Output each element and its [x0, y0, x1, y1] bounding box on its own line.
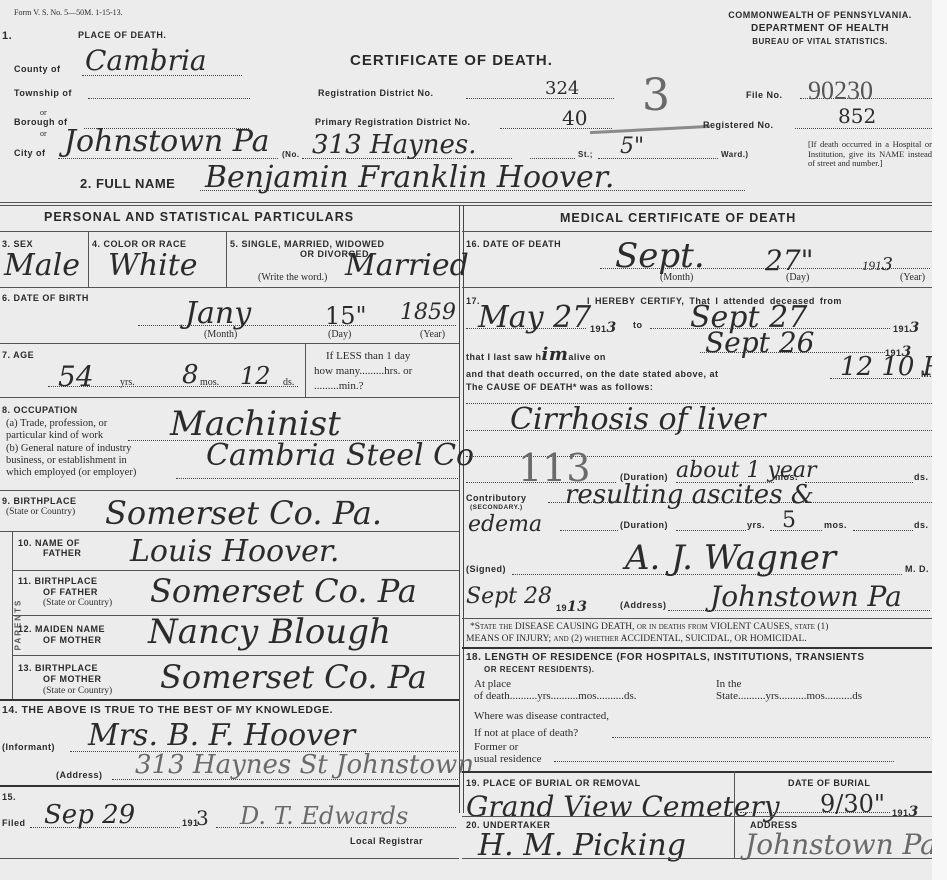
personal-heading: PERSONAL AND STATISTICAL PARTICULARS: [44, 210, 354, 224]
residence-at-place: At placeof death..........yrs..........m…: [474, 678, 637, 702]
file-no-label: File No.: [746, 90, 783, 100]
contracted-label-2: If not at place of death?: [474, 727, 578, 739]
hospital-note: [If death occurred in a Hospital or Inst…: [808, 140, 932, 169]
contributory-ds: ds.: [914, 520, 929, 530]
dod-year-caption: (Year): [900, 272, 925, 283]
birthplace-value: Somerset Co. Pa.: [105, 494, 382, 532]
death-certificate: Form V. S. No. 5—50M. 1-15-13. 1. PLACE …: [0, 0, 932, 880]
dob-month-caption: (Month): [204, 329, 237, 340]
signed-year: 1913: [556, 599, 588, 615]
scan-edge: [932, 0, 947, 880]
birthplace-label: 9. BIRTHPLACE: [2, 496, 77, 506]
last-saw-date: Sept 26: [705, 326, 814, 359]
informant-label: (Informant): [2, 742, 55, 752]
county-label: County of: [14, 64, 61, 74]
contributory-yrs: yrs.: [747, 520, 765, 530]
burial-place-value: Grand View Cemetery: [466, 790, 780, 823]
contributory-value-2: edema: [468, 512, 542, 537]
contributory-label: Contributory: [466, 493, 527, 503]
street-value: 313 Haynes.: [312, 130, 477, 160]
mother-birthplace-sub: (State or Country): [43, 686, 112, 696]
informant-value: Mrs. B. F. Hoover: [88, 718, 355, 753]
dob-year: 1859: [400, 300, 456, 325]
or-label: or: [40, 129, 47, 138]
time-text: and that death occurred, on the date sta…: [466, 369, 719, 379]
duration-ds: ds.: [914, 472, 929, 482]
age-months-caption: mos.: [200, 377, 219, 388]
contracted-label-1: Where was disease contracted,: [474, 710, 609, 722]
mother-birthplace-label: 13. BIRTHPLACEOF MOTHER: [18, 663, 102, 685]
former-residence-label: Former orusual residence: [474, 741, 542, 765]
dob-day: 15": [325, 302, 367, 330]
signed-date: Sept 28: [466, 584, 552, 609]
signed-label: (Signed): [466, 564, 506, 574]
burial-date-value: 9/30": [820, 790, 885, 818]
age-days: 12: [240, 362, 271, 390]
primary-district-value: 40: [562, 106, 587, 130]
or-label: or: [40, 108, 47, 117]
footnote-line-2: MEANS OF INJURY; and (2) whether ACCIDEN…: [466, 634, 807, 644]
filed-label: Filed: [2, 818, 26, 828]
certificate-title: CERTIFICATE OF DEATH.: [350, 52, 553, 69]
borough-label: Borough of: [14, 117, 68, 127]
signed-value: A. J. Wagner: [625, 538, 836, 578]
section-1-number: 1.: [2, 30, 12, 42]
street-no-label: (No.: [282, 150, 300, 159]
dod-label: 16. DATE OF DEATH: [466, 239, 561, 249]
to-label: to: [633, 320, 643, 330]
father-birthplace-value: Somerset Co. Pa: [150, 572, 417, 610]
mother-birthplace-value: Somerset Co. Pa: [160, 658, 427, 696]
full-name-label: 2. FULL NAME: [80, 176, 175, 191]
ward-value: 5": [620, 134, 644, 159]
form-id: Form V. S. No. 5—50M. 1-15-13.: [14, 8, 123, 17]
dob-label: 6. DATE OF BIRTH: [2, 293, 89, 303]
township-label: Township of: [14, 88, 72, 98]
to-year: 1913: [893, 320, 920, 336]
place-of-death-heading: PLACE OF DEATH.: [78, 30, 166, 40]
father-birthplace-sub: (State or Country): [43, 598, 112, 608]
registered-no-value: 852: [838, 104, 876, 128]
residence-label-2: OR RECENT RESIDENTS).: [484, 665, 595, 674]
file-no-value: 90230: [808, 76, 873, 106]
secondary-label: (SECONDARY.): [470, 504, 523, 511]
primary-district-label: Primary Registration District No.: [315, 117, 471, 127]
cause-heading: The CAUSE OF DEATH* was as follows:: [466, 382, 653, 392]
age-years: 54: [58, 360, 94, 393]
dod-year-prefix: 1913: [862, 254, 893, 275]
agency-line-1: COMMONWEALTH OF PENNSYLVANIA.: [700, 10, 940, 20]
informant-address-value: 313 Haynes St Johnstown: [135, 750, 474, 780]
residence-in-state: In theState..........yrs..........mos...…: [716, 678, 862, 702]
age-label: 7. AGE: [2, 350, 34, 360]
dod-month: Sept.: [615, 236, 705, 276]
registrar-label: Local Registrar: [350, 836, 423, 846]
informant-heading: 14. THE ABOVE IS TRUE TO THE BEST OF MY …: [2, 704, 333, 716]
age-months: 8: [182, 360, 199, 390]
mother-name-value: Nancy Blough: [148, 612, 391, 652]
registered-no-label: Registered No.: [703, 120, 774, 130]
contributory-duration-mos: 5: [782, 508, 796, 533]
full-name-value: Benjamin Franklin Hoover.: [205, 160, 614, 195]
dod-month-caption: (Month): [660, 272, 693, 283]
father-birthplace-label: 11. BIRTHPLACEOF FATHER: [18, 576, 98, 598]
filed-year-suffix: 3: [196, 806, 209, 830]
marital-hint: (Write the word.): [258, 272, 327, 283]
cause-value: Cirrhosis of liver: [510, 402, 765, 437]
registrar-value: D. T. Edwards: [240, 802, 408, 830]
father-name-value: Louis Hoover.: [130, 534, 339, 569]
footnote-line-1: *State the DISEASE CAUSING DEATH, or in …: [470, 622, 828, 632]
undertaker-address-value: Johnstown Pa: [745, 828, 937, 861]
sex-value: Male: [4, 248, 80, 283]
registration-district-value: 324: [545, 78, 579, 99]
agency-line-3: BUREAU OF VITAL STATISTICS.: [700, 37, 940, 46]
registration-district-label: Registration District No.: [318, 88, 434, 98]
physician-address-label: (Address): [620, 600, 667, 610]
marital-value: Married: [345, 248, 469, 283]
contributory-mos: mos.: [824, 520, 847, 530]
occupation-b-value: Cambria Steel Co: [206, 438, 474, 473]
residence-label-1: 18. LENGTH OF RESIDENCE (FOR HOSPITALS, …: [466, 652, 865, 663]
agency-line-2: DEPARTMENT OF HEALTH: [700, 23, 940, 34]
pencil-mark: [590, 125, 710, 134]
filed-date: Sep 29: [44, 800, 135, 830]
informant-address-label: (Address): [56, 770, 103, 780]
from-year: 1913: [590, 320, 617, 336]
color-value: White: [108, 248, 198, 283]
physician-address-value: Johnstown Pa: [710, 580, 902, 613]
burial-year: 1913: [892, 804, 919, 820]
occupation-a-label: (a) Trade, profession, orparticular kind…: [6, 418, 107, 442]
dob-day-caption: (Day): [328, 329, 351, 340]
less-day-line-3: .........min.?: [314, 380, 364, 392]
occupation-b-label: (b) General nature of industrybusiness, …: [6, 443, 136, 479]
county-value: Cambria: [85, 44, 207, 77]
contributory-duration-label: (Duration): [620, 520, 668, 530]
city-value: Johnstown Pa: [64, 124, 270, 159]
time-suffix: M.: [921, 369, 932, 379]
ward-label: Ward.): [721, 150, 749, 159]
city-label: City of: [14, 148, 46, 158]
burial-date-label: DATE OF BURIAL: [788, 778, 870, 788]
occupation-label: 8. OCCUPATION: [2, 405, 78, 415]
dob-month: Jany: [185, 296, 251, 331]
age-years-caption: yrs.: [120, 377, 135, 388]
section-15-number: 15.: [2, 792, 16, 802]
primary-district-annotation: 3: [642, 70, 670, 121]
age-days-caption: ds.: [283, 377, 294, 388]
contributory-value-1: resulting ascites &: [565, 480, 814, 510]
less-day-line-1: If LESS than 1 day: [326, 350, 410, 362]
dob-year-caption: (Year): [420, 329, 445, 340]
street-label: St.;: [578, 150, 593, 159]
father-name-label: 10. NAME OFFATHER: [18, 538, 81, 558]
attended-from: May 27: [478, 300, 591, 335]
last-saw-label: that I last saw himalive on: [466, 344, 606, 365]
birthplace-sub: (State or Country): [6, 507, 75, 517]
mother-name-label: 12. MAIDEN NAMEOF MOTHER: [18, 624, 105, 646]
md-label: M. D.: [905, 564, 929, 574]
less-day-line-2: how many.........hrs. or: [314, 365, 412, 377]
burial-place-label: 19. PLACE OF BURIAL OR REMOVAL: [466, 778, 641, 788]
medical-heading: MEDICAL CERTIFICATE OF DEATH: [560, 211, 796, 225]
dod-day-caption: (Day): [786, 272, 809, 283]
